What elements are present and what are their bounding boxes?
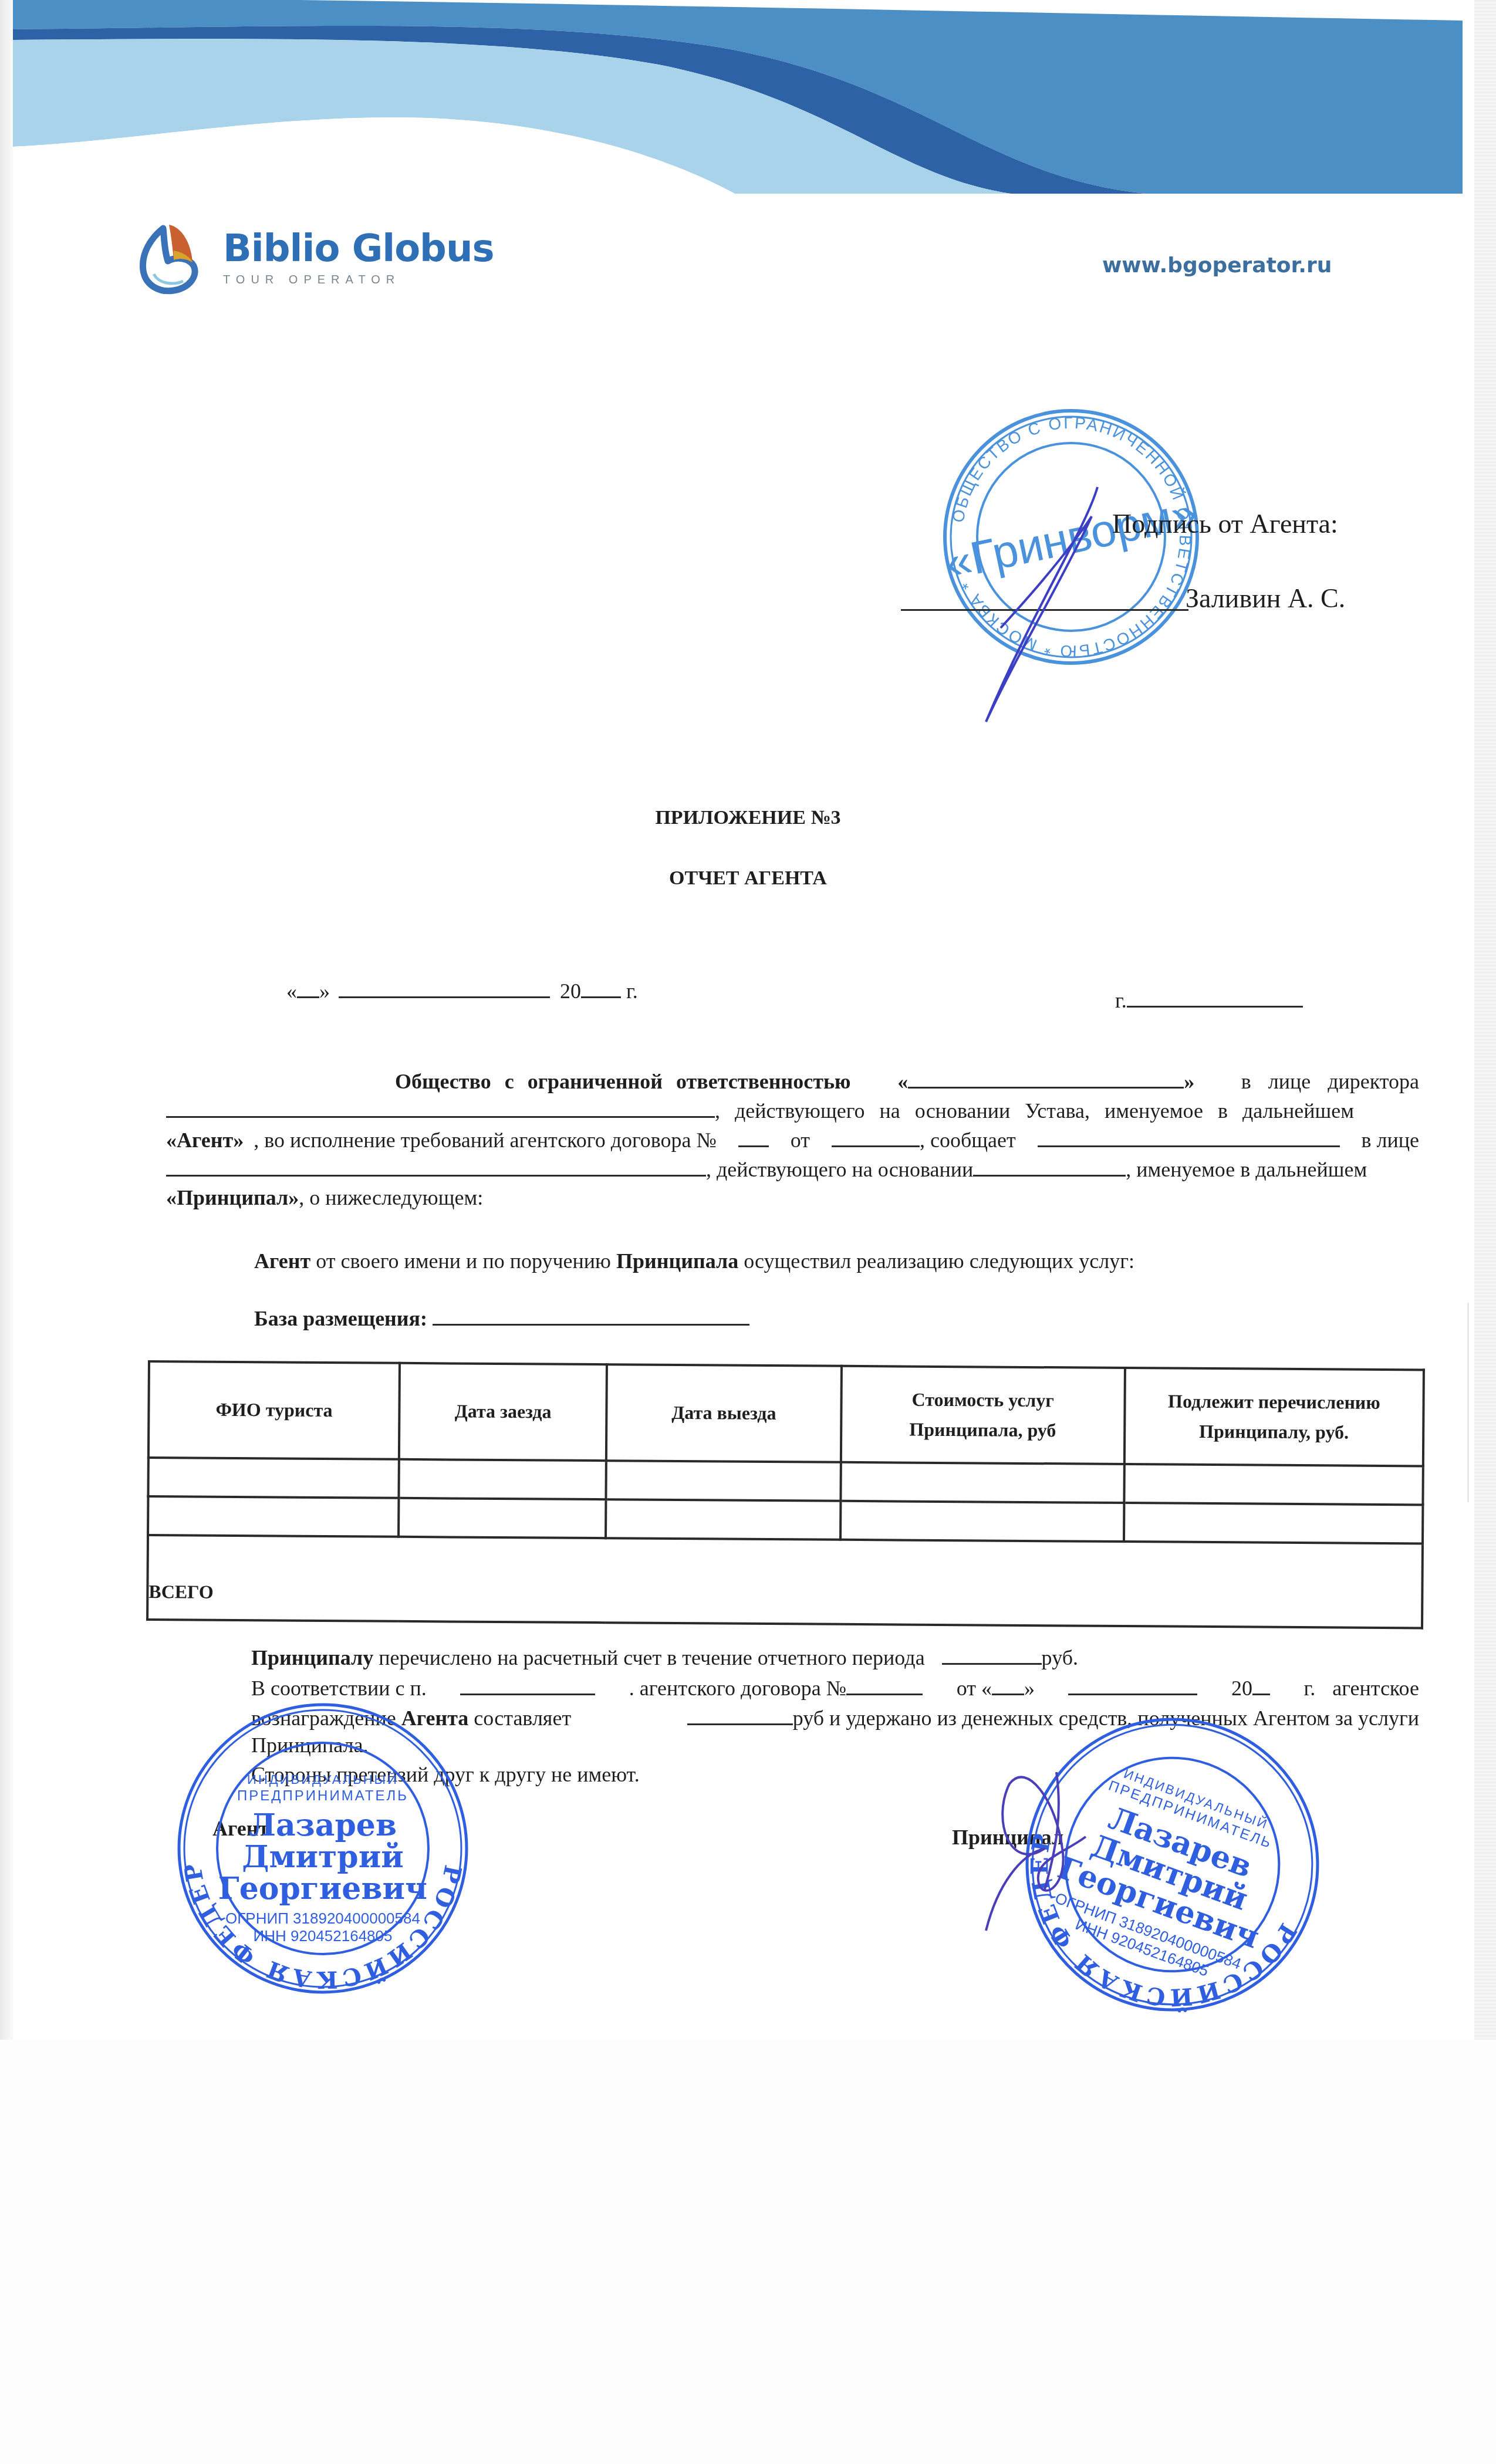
cell-check-out[interactable] [606,1461,841,1501]
accommodation-base: База размещения: [254,1304,749,1331]
brand-logo: Biblio Globus TOUR OPERATOR [135,220,494,296]
brand-subtitle: TOUR OPERATOR [223,273,494,287]
cell-tourist-name[interactable] [148,1496,399,1537]
agency-contract-month-field[interactable] [1068,1674,1197,1695]
svg-text:ИНН 920452164805: ИНН 920452164805 [254,1927,393,1945]
scan-edge-right [1474,0,1496,2040]
svg-text:ИНДИВИДУАЛЬНЫЙ: ИНДИВИДУАЛЬНЫЙ [1122,1766,1270,1833]
transferred-amount-field[interactable] [942,1643,1042,1665]
column-header-check-out: Дата выезда [606,1364,841,1462]
svg-text:Лазарев: Лазарев [1104,1800,1257,1885]
settlement-line-4: Принципала. [251,1733,369,1757]
agent-signer-name: Заливин А. С. [1186,585,1345,612]
column-header-check-in: Дата заезда [399,1363,607,1461]
settlement-line-3: вознаграждение Агента составляет руб и у… [251,1703,1419,1730]
date-year-field[interactable] [581,976,621,998]
city-field[interactable] [1127,986,1303,1008]
report-title: ОТЧЕТ АГЕНТА [0,867,1496,890]
cell-check-in[interactable] [399,1498,606,1538]
intro-line-5: «Принципал», о нижеследующем: [166,1185,483,1210]
settlement-line-1: Принципалу перечислено на расчетный счет… [251,1643,1078,1670]
agent-fee-field[interactable] [687,1703,793,1725]
director-name-field[interactable] [166,1096,715,1118]
intro-line-1: Общество с ограниченной ответственностью… [395,1067,1419,1094]
cell-service-cost[interactable] [840,1501,1124,1542]
principal-name-field[interactable] [1038,1125,1340,1147]
column-header-tourist-name: ФИО туриста [148,1361,400,1459]
svg-text:Георгиевич: Георгиевич [218,1871,427,1907]
cell-check-out[interactable] [606,1499,840,1540]
agent-sign-label: Агент [212,1816,269,1841]
intro-line-3: «Агент» , во исполнение требований агент… [166,1125,1419,1152]
date-month-field[interactable] [339,976,550,998]
report-date: «» 20 г. [286,976,638,1002]
website-link[interactable]: www.bgoperator.ru [1102,254,1332,278]
cell-amount-due[interactable] [1124,1503,1423,1543]
scanned-page: Biblio Globus TOUR OPERATOR www.bgoperat… [0,0,1496,2040]
intro-line-4: , действующего на основании, именуемое в… [166,1155,1419,1182]
contract-number-field[interactable] [738,1125,769,1147]
scan-artifact-line [1468,1303,1468,1502]
agency-contract-day-field[interactable] [992,1674,1024,1695]
services-report-table: ФИО туриста Дата заезда Дата выезда Стои… [146,1360,1425,1629]
cell-amount-due[interactable] [1124,1464,1423,1505]
agent-handwritten-signature [951,481,1127,728]
appendix-title: ПРИЛОЖЕНИЕ №3 [0,807,1496,829]
svg-text:ПРЕДПРИНИМАТЕЛЬ: ПРЕДПРИНИМАТЕЛЬ [237,1788,408,1804]
cell-tourist-name[interactable] [148,1458,399,1498]
column-header-amount-due: Подлежит перечислениюПринципалу, руб. [1124,1368,1424,1466]
table-total-row: ВСЕГО [147,1535,1423,1628]
principal-basis-field[interactable] [973,1155,1126,1177]
biblio-globus-logo-icon [135,220,211,296]
svg-text:ИНН 920452164805: ИНН 920452164805 [1073,1915,1211,1980]
cell-service-cost[interactable] [840,1462,1124,1503]
svg-text:Дмитрий: Дмитрий [242,1839,404,1875]
scan-edge-left [0,0,13,2040]
date-day-field[interactable] [297,976,319,998]
principal-representative-field[interactable] [166,1155,706,1177]
table-header-row: ФИО туриста Дата заезда Дата выезда Стои… [148,1361,1424,1466]
agency-contract-number-field[interactable] [846,1674,923,1695]
svg-text:Дмитрий: Дмитрий [1086,1828,1252,1918]
contract-date-field[interactable] [832,1125,920,1147]
cell-check-in[interactable] [399,1459,607,1499]
report-city: г. [1115,986,1303,1011]
accommodation-base-field[interactable] [433,1304,749,1326]
settlement-line-5: Стороны претензий друг к другу не имеют. [251,1762,640,1787]
header-wave-banner [13,0,1474,194]
svg-text:Лазарев: Лазарев [249,1807,397,1843]
column-header-service-cost: Стоимость услугПринципала, руб [840,1366,1124,1464]
svg-text:ОГРНИП 318920400000584: ОГРНИП 318920400000584 [225,1909,420,1927]
settlement-line-2: В соответствии с п. . агентского договор… [251,1674,1419,1701]
intro-line-2: , действующего на основании Устава, имен… [166,1096,1419,1123]
blank-area-below-scan [0,2040,1496,2464]
services-statement: Агент от своего имени и по поручению При… [254,1249,1134,1273]
agent-signature-label: Подпись от Агента: [1112,511,1338,538]
brand-name: Biblio Globus [223,230,494,268]
svg-text:ПРЕДПРИНИМАТЕЛЬ: ПРЕДПРИНИМАТЕЛЬ [1106,1778,1274,1852]
principal-handwritten-signature [974,1766,1092,1942]
total-label: ВСЕГО [147,1535,1423,1628]
clause-number-field[interactable] [460,1674,595,1695]
company-name-field[interactable] [908,1067,1184,1089]
agency-contract-year-field[interactable] [1252,1674,1270,1695]
